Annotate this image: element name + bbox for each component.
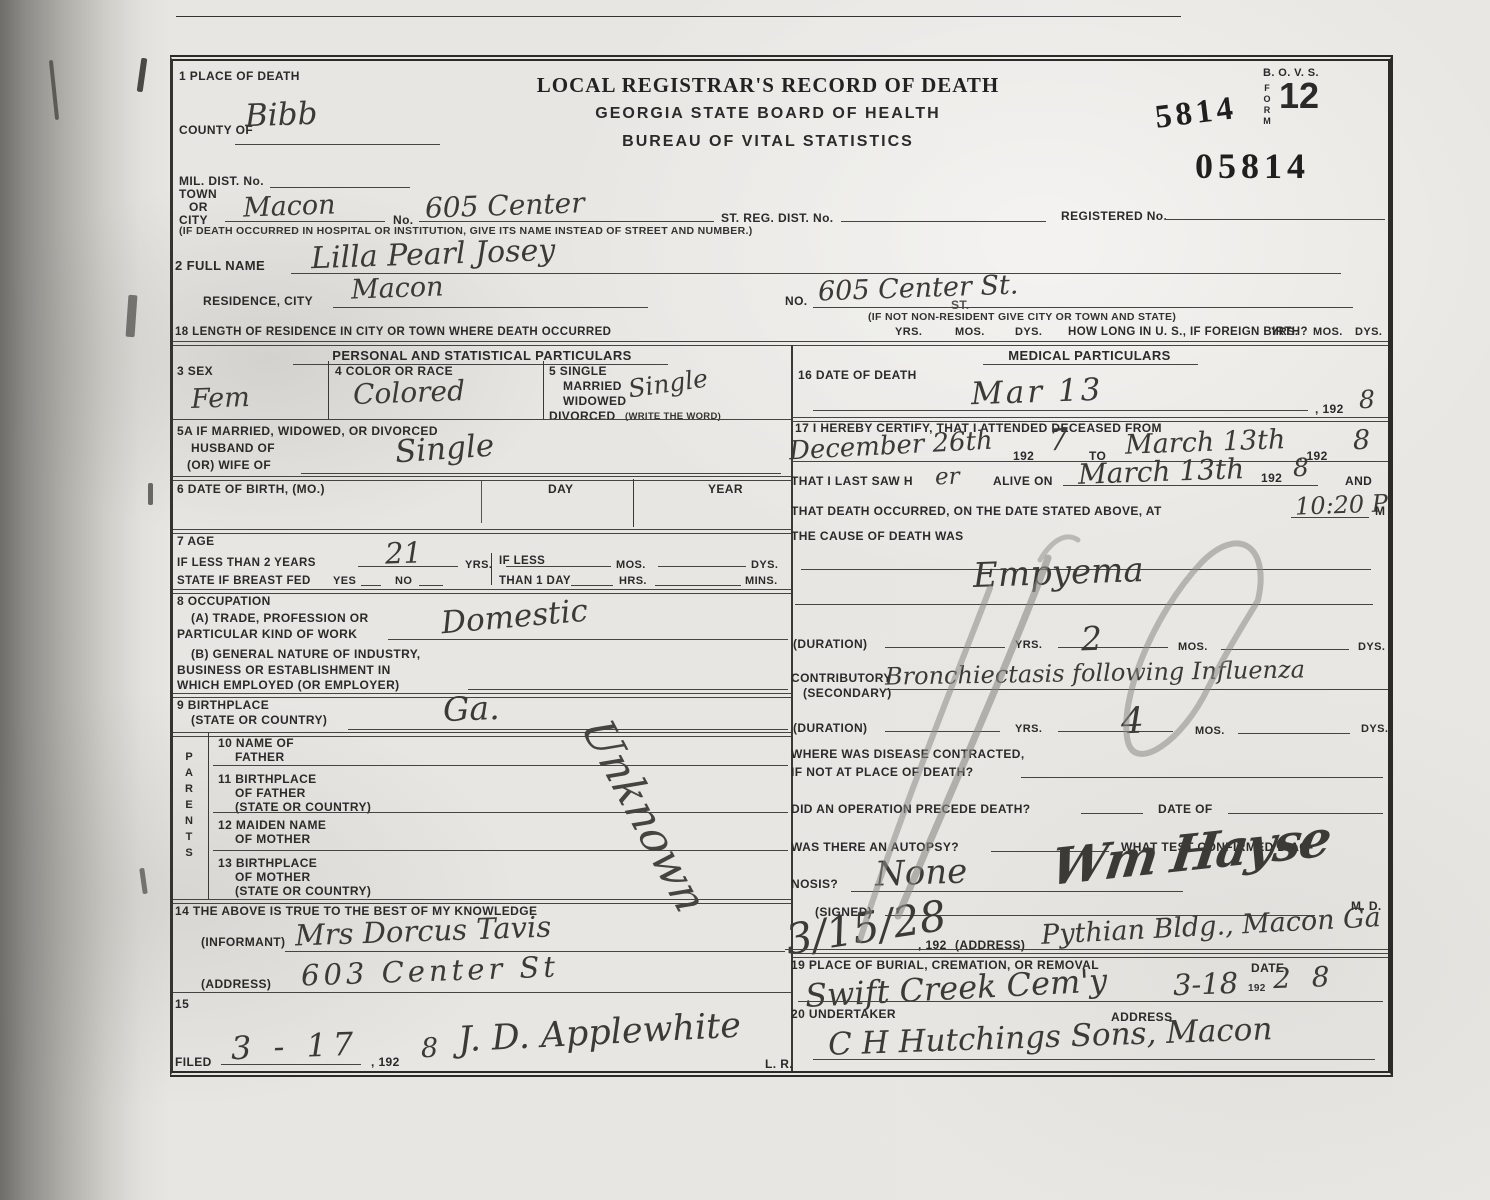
line (885, 731, 1000, 732)
duration2-label: (DURATION) (793, 721, 867, 735)
dys-label: DYS. (1015, 326, 1042, 338)
line (1021, 777, 1383, 778)
to-year-written: 8 (1352, 425, 1370, 457)
burial-date-value: 3-18 (1172, 966, 1238, 1002)
length-of-residence-label: 18 LENGTH OF RESIDENCE IN CITY OR TOWN W… (175, 326, 611, 338)
birthplace-value: Ga. (442, 688, 500, 729)
line (301, 473, 781, 474)
mos-label: MOS. (1313, 326, 1343, 338)
wife-of-label: (OR) WIFE OF (187, 458, 271, 472)
scan-artifact (126, 295, 138, 338)
nonresident-note: (IF NOT NON-RESIDENT GIVE CITY OR TOWN A… (868, 311, 1176, 323)
line (213, 850, 788, 851)
duration1-label: (DURATION) (793, 637, 867, 651)
occupation-b2-label: BUSINESS OR ESTABLISHMENT IN (177, 663, 391, 677)
spouse-value: Single (394, 428, 496, 471)
line (571, 585, 613, 586)
cell-divider (491, 553, 492, 585)
father-birthplace-label2: OF FATHER (235, 786, 306, 800)
filed-date-value: 3 - 17 (230, 1025, 359, 1067)
full-name-label: 2 FULL NAME (175, 258, 265, 273)
mother-birthplace-label3: (STATE OR COUNTRY) (235, 884, 371, 898)
scan-artifact (137, 58, 148, 93)
line (785, 949, 1388, 950)
filed-label: FILED (175, 1055, 212, 1069)
duration1-dys-label: DYS. (1358, 641, 1385, 653)
from-year-written: 7 (1048, 423, 1068, 459)
filed-year-printed: , 192 (371, 1055, 400, 1069)
operation-label: DID AN OPERATION PRECEDE DEATH? (791, 802, 1031, 816)
yrs-label: YRS. (895, 326, 922, 338)
parents-strip-divider (208, 732, 209, 899)
line (655, 585, 741, 586)
mother-name-label2: OF MOTHER (235, 832, 311, 846)
line (813, 410, 1308, 411)
occupation-label: 8 OCCUPATION (177, 594, 271, 608)
date-of-birth-label: 6 DATE OF BIRTH, (MO.) (177, 482, 325, 496)
line (885, 689, 1388, 690)
informant-label: (INFORMANT) (201, 935, 285, 949)
line (1238, 733, 1350, 734)
yrs-label: YRS. (1271, 326, 1298, 338)
parents-unknown-scrawl: Unknown (570, 713, 718, 919)
scan-artifact (139, 868, 148, 894)
death-year-written: 8 (1358, 385, 1375, 415)
personal-section-header: PERSONAL AND STATISTICAL PARTICULARS (173, 348, 791, 363)
scan-artifact (49, 60, 59, 120)
mil-dist-label: MIL. DIST. No. (179, 174, 264, 188)
line (885, 647, 1005, 648)
marital-label-divorced: DIVORCED (549, 409, 616, 423)
birthplace-label: 9 BIRTHPLACE (177, 698, 269, 712)
physician-signature: Wm Hayse (1048, 808, 1334, 897)
undertaker-label: 20 UNDERTAKER (791, 1007, 896, 1021)
cause-of-death-value: Empyema (972, 550, 1144, 596)
street-value: 605 Center (424, 186, 585, 225)
county-label: COUNTY OF (179, 123, 253, 137)
stray-pen-stroke (481, 481, 482, 523)
town-label: TOWN (179, 187, 217, 201)
line (1063, 485, 1318, 486)
death-occurred-label: THAT DEATH OCCURRED, ON THE DATE STATED … (791, 504, 1162, 518)
form-border: 1 PLACE OF DEATH LOCAL REGISTRAR'S RECOR… (170, 55, 1393, 1077)
residence-city-value: Macon (350, 271, 444, 305)
residence-no-label: NO. (785, 294, 808, 308)
and-label: AND (1345, 474, 1372, 488)
cause-of-death-label: THE CAUSE OF DEATH WAS (791, 529, 964, 543)
line (468, 689, 788, 690)
form-number: 12 (1279, 75, 1319, 117)
husband-of-label: HUSBAND OF (191, 441, 275, 455)
breast-fed-label: STATE IF BREAST FED (177, 575, 311, 587)
line (173, 419, 791, 420)
marital-value: Single (626, 364, 709, 404)
day-label: DAY (548, 482, 573, 496)
line (235, 144, 440, 145)
year-label: YEAR (708, 482, 743, 496)
date-of-death-value: Mar 13 (970, 372, 1104, 413)
line (798, 1001, 1383, 1002)
time-m-label: M (1375, 504, 1385, 518)
cell-divider (633, 479, 634, 527)
age-mos-label: MOS. (616, 559, 646, 571)
age-yrs-label: YRS. (465, 559, 492, 571)
mother-birthplace-label2: OF MOTHER (235, 870, 311, 884)
alive-on-label: ALIVE ON (993, 474, 1053, 488)
residence-street-value: 605 Center St. (818, 270, 1019, 308)
birthplace-sub-label: (STATE OR COUNTRY) (191, 713, 327, 727)
line (333, 307, 648, 308)
death-year-printed: , 192 (1315, 402, 1344, 416)
no-label: NO (395, 575, 412, 587)
marital-label-widowed: WIDOWED (563, 394, 626, 408)
mos-label: MOS. (955, 326, 985, 338)
nosis-label: NOSIS? (791, 877, 838, 891)
saw-year-written: 8 (1292, 453, 1309, 483)
her-written: er (935, 464, 961, 491)
line (173, 992, 791, 993)
line (388, 639, 788, 640)
occupation-a1-label: (A) TRADE, PROFESSION OR (191, 611, 369, 625)
form-subtitle-1: GEORGIA STATE BOARD OF HEALTH (528, 105, 1008, 123)
sex-label: 3 SEX (177, 364, 213, 378)
line (1221, 649, 1349, 650)
date-of-label: DATE OF (1158, 802, 1213, 816)
line (841, 221, 1046, 222)
physician-address-value: Pythian Bldg., Macon Ga (1040, 902, 1381, 951)
duration2-mos-value: 4 (1120, 701, 1144, 743)
line (358, 566, 458, 567)
place-of-death-label: 1 PLACE OF DEATH (179, 69, 300, 83)
yes-label: YES (333, 575, 356, 587)
occupation-value: Domestic (440, 593, 589, 642)
saw-year-printed: 192 (1261, 471, 1282, 485)
or-label: OR (189, 200, 208, 214)
disease-contracted-label: WHERE WAS DISEASE CONTRACTED, (791, 747, 1025, 761)
occupation-a2-label: PARTICULAR KIND OF WORK (177, 627, 357, 641)
contributory-label: CONTRIBUTORY (791, 671, 892, 685)
line (213, 765, 788, 766)
mother-birthplace-label: 13 BIRTHPLACE (218, 856, 317, 870)
dys-label: DYS. (1355, 326, 1382, 338)
if-less-2yrs-label: IF LESS THAN 2 YEARS (177, 557, 316, 569)
age-label: 7 AGE (177, 534, 215, 548)
mins-label: MINS. (745, 575, 778, 587)
medical-section-header: MEDICAL PARTICULARS (791, 348, 1388, 363)
date-of-death-label: 16 DATE OF DEATH (798, 368, 917, 382)
filed-year-written: 8 (420, 1033, 438, 1065)
than-1-day-label: THAN 1 DAY (499, 575, 571, 587)
item-15-label: 15 (175, 997, 189, 1011)
line (225, 221, 385, 222)
duration2-dys-label: DYS. (1361, 723, 1388, 735)
line (813, 1059, 1375, 1060)
city-value: Macon (242, 189, 336, 223)
line (813, 307, 1353, 308)
sex-value: Fem (190, 382, 250, 415)
disease-contracted-label2: IF NOT AT PLACE OF DEATH? (791, 765, 973, 779)
duration2-mos-label: MOS. (1195, 725, 1225, 737)
contributory-value: Bronchiectasis following Influenza (885, 655, 1305, 690)
parents-strip-label: PARENTS (183, 751, 195, 863)
line (419, 221, 714, 222)
line (270, 187, 410, 188)
form-subtitle-2: BUREAU OF VITAL STATISTICS (528, 133, 1008, 151)
line (795, 604, 1373, 605)
burial-year-printed: 192 (1248, 983, 1266, 994)
form-title: LOCAL REGISTRAR'S RECORD OF DEATH (528, 73, 1008, 98)
autopsy-value: None (874, 851, 968, 894)
father-birthplace-label: 11 BIRTHPLACE (218, 772, 317, 786)
line (419, 585, 443, 586)
certificate-number-stamp-small: 5814 (1153, 90, 1239, 137)
mother-name-label: 12 MAIDEN NAME (218, 818, 326, 832)
duration1-yrs-label: YRS. (1015, 639, 1042, 651)
line (348, 729, 788, 730)
certificate-number-stamp-large: 05814 (1195, 145, 1310, 187)
cell-divider (328, 361, 329, 419)
st-reg-dist-label: ST. REG. DIST. No. (721, 211, 834, 225)
full-name-value: Lilla Pearl Josey (310, 233, 555, 277)
line (1291, 517, 1369, 518)
father-name-label: 10 NAME OF (218, 736, 294, 750)
form-word-label: FORM (1262, 83, 1272, 127)
occupation-b1-label: (B) GENERAL NATURE OF INDUSTRY, (191, 647, 421, 661)
duration2-yrs-label: YRS. (1015, 723, 1042, 735)
residence-city-label: RESIDENCE, CITY (203, 294, 313, 308)
father-name-label2: FATHER (235, 750, 285, 764)
age-dys-label: DYS. (751, 559, 778, 571)
duration1-mos-label: MOS. (1178, 641, 1208, 653)
informant-address-label: (ADDRESS) (201, 977, 271, 991)
cell-divider (543, 361, 544, 419)
line (1058, 647, 1168, 648)
line (361, 585, 381, 586)
st-label: ST. (951, 298, 970, 312)
burial-year-written: 2 8 (1272, 960, 1336, 995)
registrar-signature: J. D. Applewhite (457, 1006, 742, 1061)
marital-label-single: 5 SINGLE (549, 364, 607, 378)
line (1058, 731, 1173, 732)
lr-label: L. R. (765, 1057, 793, 1071)
scanned-death-certificate: 1 PLACE OF DEATH LOCAL REGISTRAR'S RECOR… (0, 0, 1490, 1200)
race-value: Colored (352, 374, 465, 411)
line (213, 812, 788, 813)
scan-artifact (148, 483, 153, 505)
line (173, 529, 791, 534)
line (658, 566, 746, 567)
duration1-mos-value: 2 (1080, 619, 1102, 659)
line (983, 364, 1198, 365)
line (291, 273, 1341, 274)
marital-label-married: MARRIED (563, 379, 622, 393)
registered-no-label: REGISTERED No. (1061, 209, 1167, 223)
occupation-b3-label: WHICH EMPLOYED (OR EMPLOYER) (177, 678, 400, 692)
line (221, 1064, 361, 1065)
line (1081, 813, 1143, 814)
section-divider-line (173, 341, 1388, 346)
hrs-label: HRS. (619, 575, 647, 587)
write-the-word-note: (WRITE THE WORD) (625, 411, 721, 422)
line (1165, 219, 1385, 220)
secondary-label: (SECONDARY) (803, 686, 892, 700)
if-less-label: IF LESS (499, 555, 545, 567)
line (173, 476, 791, 481)
paper-top-edge (176, 16, 1181, 17)
last-saw-label: THAT I LAST SAW H (791, 474, 913, 488)
informant-address-value: 603 Center St (300, 950, 559, 993)
line (851, 891, 1183, 892)
county-value: Bibb (244, 96, 318, 135)
